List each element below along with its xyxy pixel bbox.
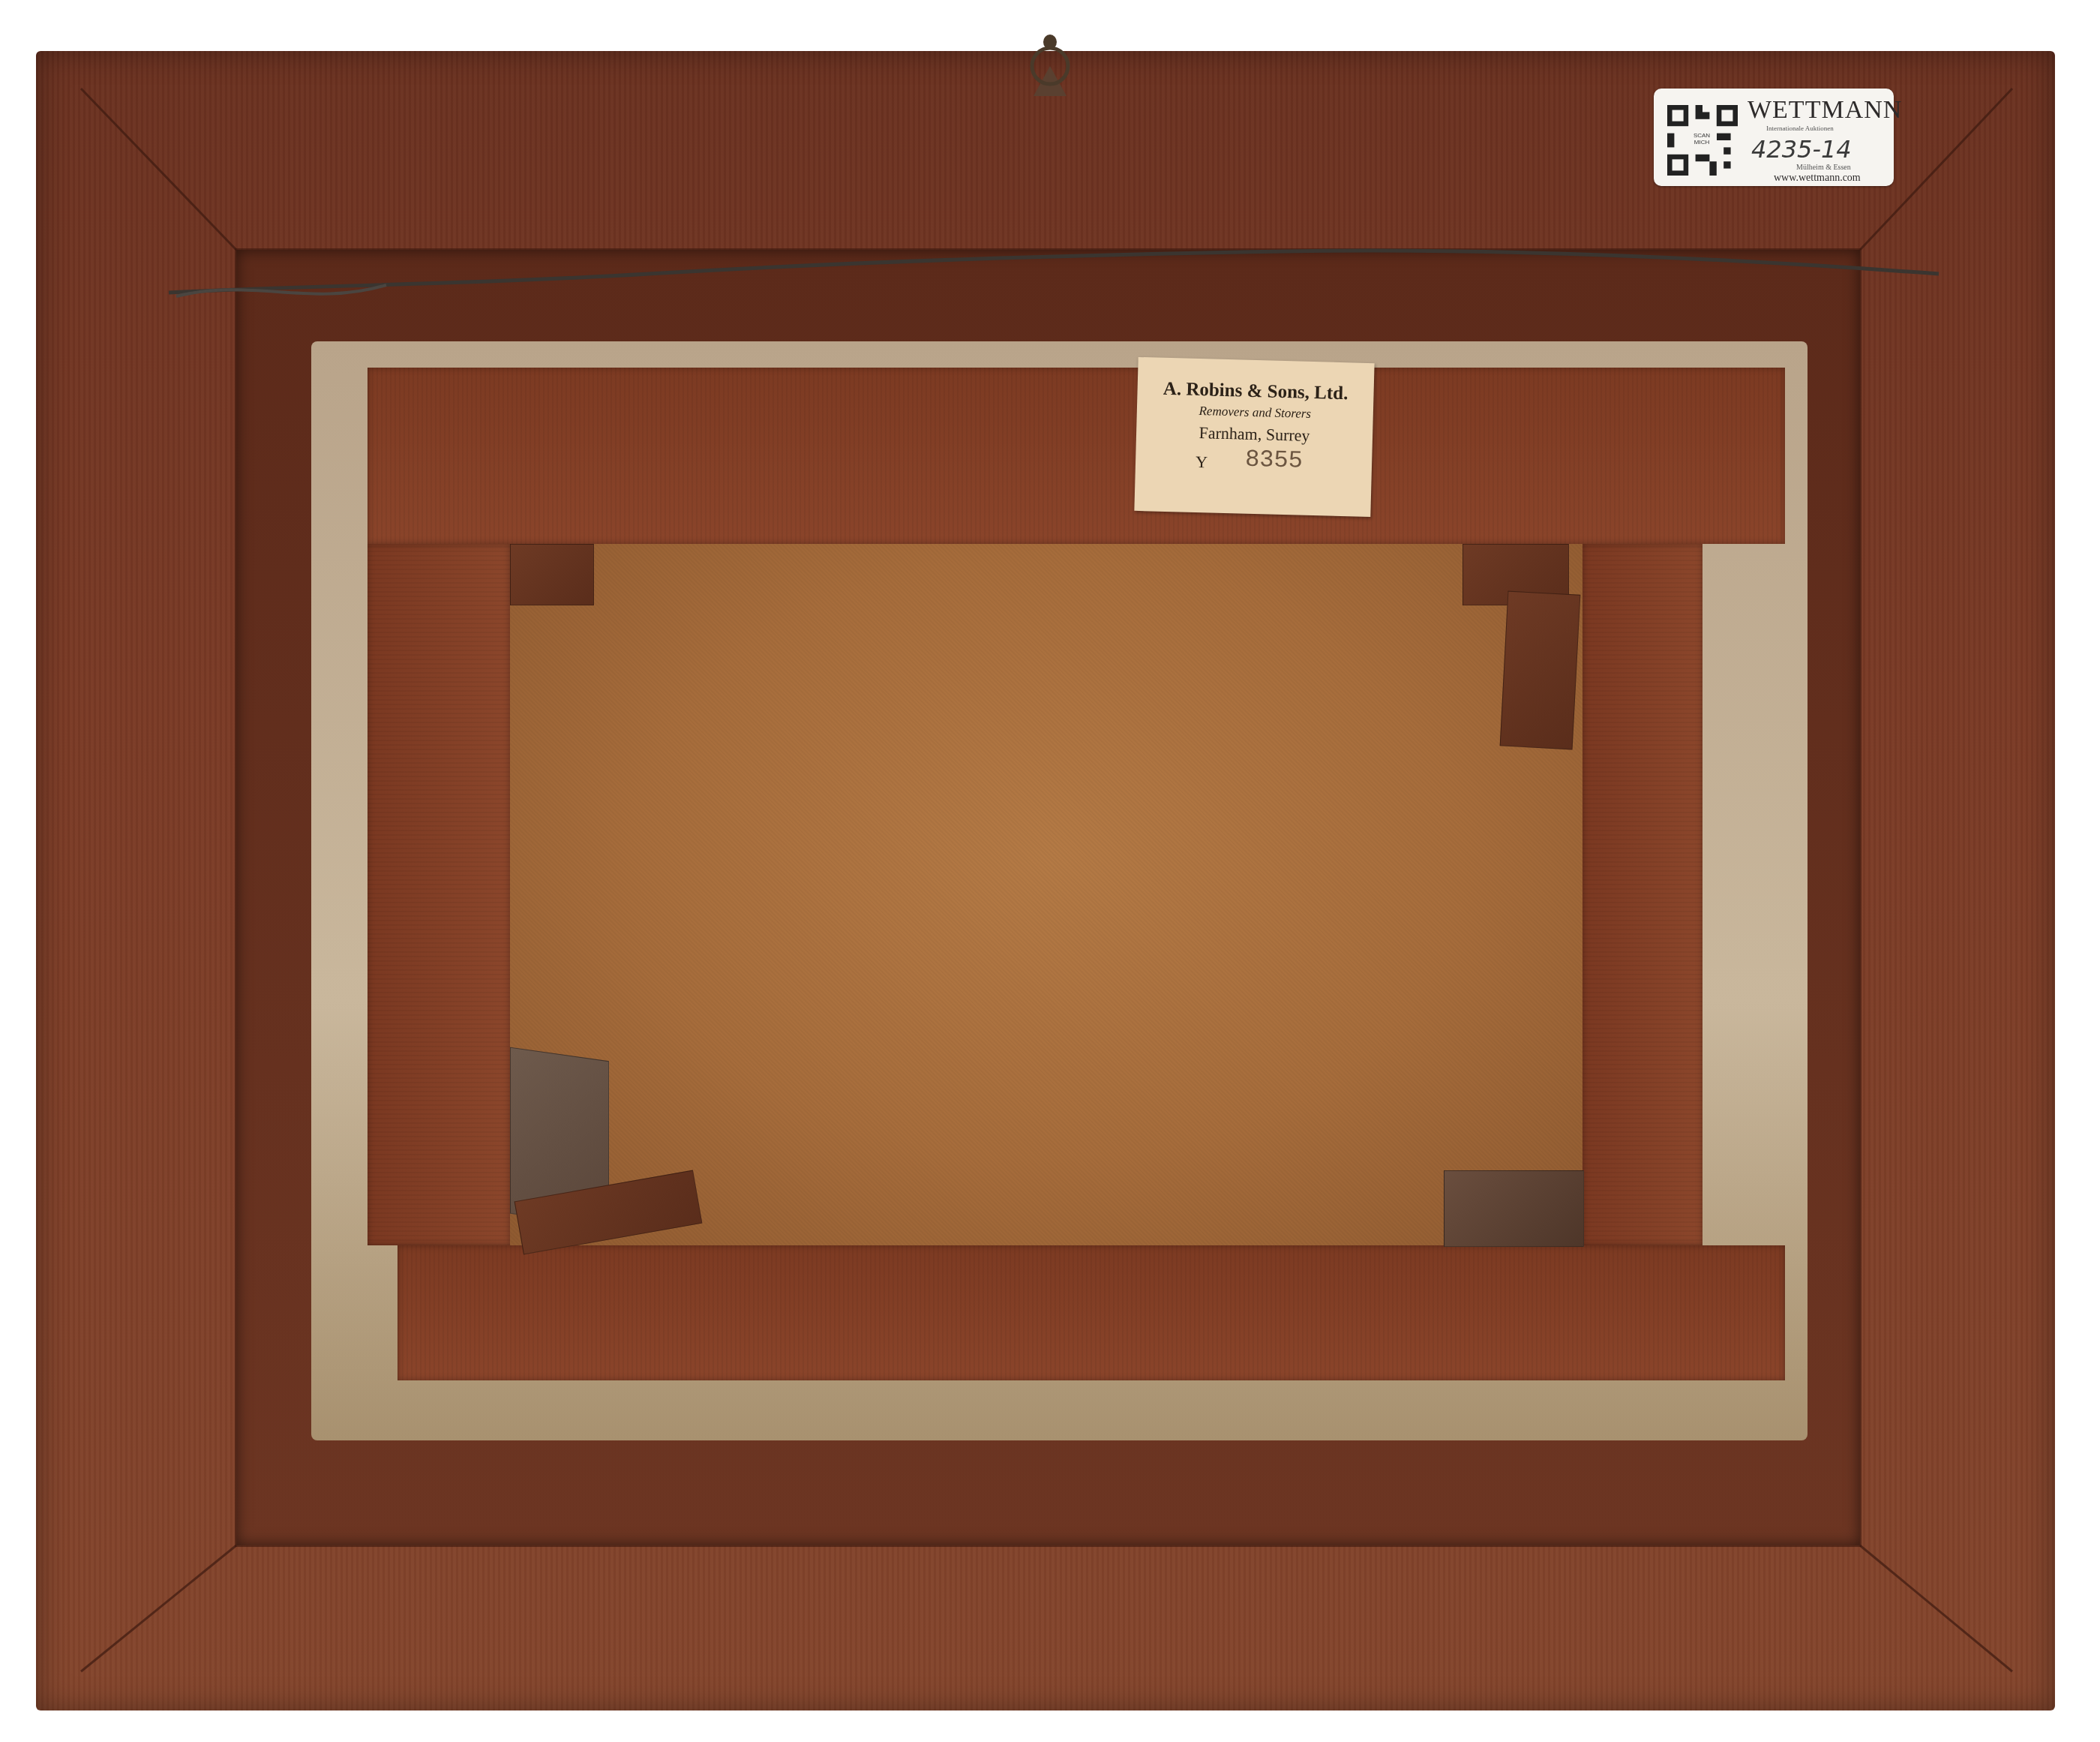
canvas-reverse [510,544,1582,1245]
corner-key-bottom-right [1444,1170,1584,1247]
sticker-brand: WETTMANN [1747,96,1902,125]
sticker-url: www.wettmann.com [1774,173,1861,185]
ring-hanger-icon [1027,29,1072,100]
qr-caption: SCAN MICH [1687,132,1717,146]
removers-label: A. Robins & Sons, Ltd. Removers and Stor… [1134,357,1374,517]
stretcher-left-bar [367,544,510,1245]
label-letter: Y [1195,452,1208,472]
stretcher-top-bar [367,368,1785,544]
stretcher-right-bar [1582,544,1702,1245]
corner-key-right-upper [1500,591,1581,750]
hanging-wire [161,225,1946,315]
label-number: 8355 [1245,446,1303,475]
sticker-subtitle: Internationale Auktionen [1766,125,1834,132]
sticker-lot-number: 4235-14 [1751,135,1852,164]
sticker-cities: Mülheim & Essen [1796,164,1851,172]
label-tagline: Removers and Storers [1137,402,1373,423]
stretcher-bottom-bar [397,1245,1785,1380]
label-company: A. Robins & Sons, Ltd. [1137,378,1374,405]
corner-key-top-left [510,544,594,605]
auction-sticker: SCAN MICH WETTMANN Internationale Auktio… [1654,89,1894,186]
